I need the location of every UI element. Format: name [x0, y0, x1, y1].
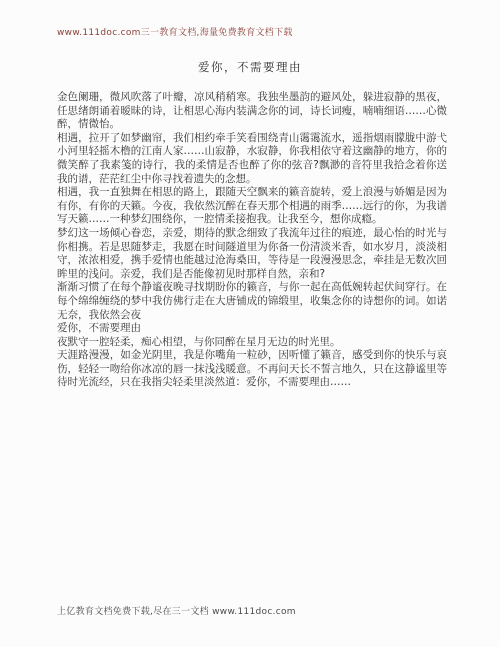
document-title: 爱你，不需要理由 [0, 59, 500, 75]
paragraph: 渐渐习惯了在每个静谧夜晚寻找期盼你的籁音，与你一起在高低婉转起伏间穿行。在每个绵… [57, 281, 447, 322]
paragraph: 爱你，不需要理由 [57, 322, 447, 336]
document-page: www.111doc.com三一教育文档,海量免费教育文档下载 爱你，不需要理由… [0, 0, 500, 647]
paragraph: 夜默守一腔轻柔，痴心相望，与你同醉在星月无边的时光里。 [57, 336, 447, 350]
paragraph: 梦幻这一场倾心眷恋，亲爱，期待的默念细致了我流年过往的痕迹，最心怡的时光与你相携… [57, 227, 447, 281]
document-body: 金色阑珊，微风吹落了叶瓣，凉风稍稍寒。我独坐墨韵的避风处，躲进寂静的黑夜，任思绪… [57, 91, 447, 390]
site-header-watermark: www.111doc.com三一教育文档,海量免费教育文档下载 [57, 25, 293, 38]
paragraph: 相遇，拉开了如梦幽帘，我们相约牵手笑看围绕青山霭霭流水，遥指烟雨朦胧中游弋小河里… [57, 132, 447, 186]
paragraph: 相遇，我一直独舞在相思的路上，跟随天空飘来的籁音旋转，爱上浪漫与娇媚是因为有你，… [57, 186, 447, 227]
paragraph: 金色阑珊，微风吹落了叶瓣，凉风稍稍寒。我独坐墨韵的避风处，躲进寂静的黑夜，任思绪… [57, 91, 447, 132]
paragraph: 天涯路漫漫，如金光阴里，我是你嘴角一粒砂，因听懂了籁音，感受到你的快乐与哀伤，轻… [57, 349, 447, 390]
site-footer-watermark: 上亿教育文档免费下载,尽在三一文档 www.111doc.com [57, 604, 296, 617]
